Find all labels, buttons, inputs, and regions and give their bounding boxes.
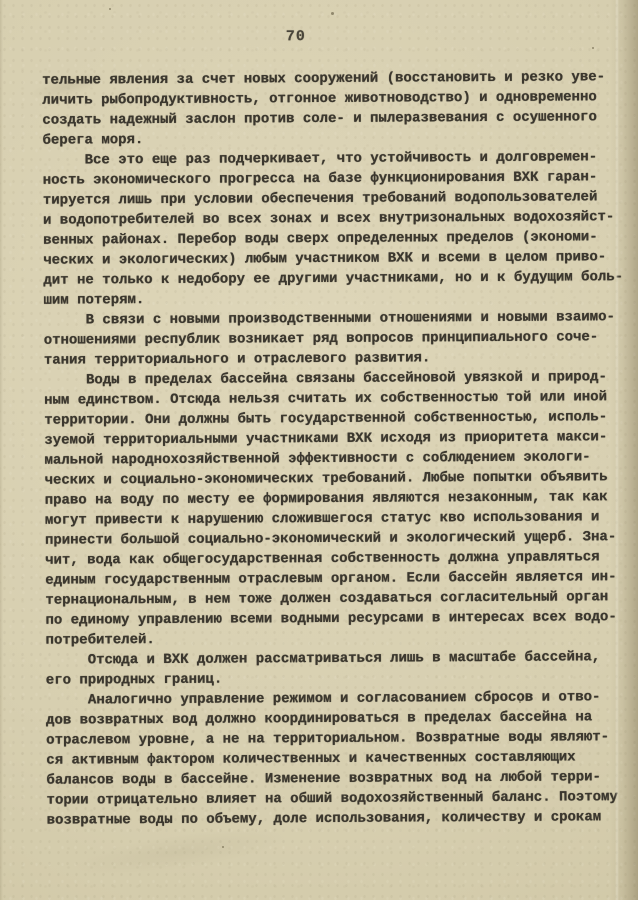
paper-speck xyxy=(592,47,594,49)
text-line: возвратные воды по объему, доле использо… xyxy=(47,807,632,831)
text-line: создать надежный заслон против соле- и п… xyxy=(42,107,627,131)
paper-speck xyxy=(109,8,111,10)
scanned-document-page: 70 тельные явления за счет новых сооруже… xyxy=(0,0,638,900)
text-line: дит не только к недобору ее другими учас… xyxy=(43,267,628,291)
page-number: 70 xyxy=(274,28,318,45)
left-edge-shadow xyxy=(0,0,3,900)
text-line: Отсюда и ВХК должен рассматриваться лишь… xyxy=(46,647,631,671)
text-line: отношениями республик возникает ряд вопр… xyxy=(44,327,629,351)
text-line: по единому управлению всеми водными ресу… xyxy=(45,607,630,631)
paper-speck xyxy=(222,846,224,848)
text-block: тельные явления за счет новых сооружений… xyxy=(42,67,632,831)
paper-speck xyxy=(331,12,334,15)
page-content: 70 тельные явления за счет новых сооруже… xyxy=(0,0,638,2)
